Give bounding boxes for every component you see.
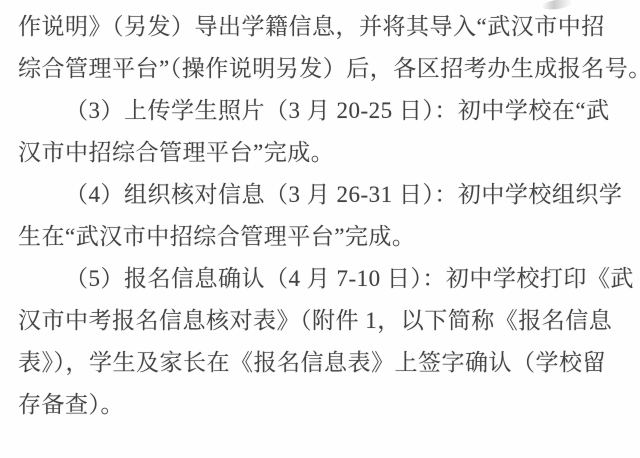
document-line: 生在“武汉市中招综合管理平台”完成。 (18, 216, 624, 258)
document-line: （4）组织核对信息（3 月 26-31 日）：初中学校组织学 (18, 174, 624, 216)
document-page: 作说明》（另发）导出学籍信息，并将其导入“武汉市中招 综合管理平台”（操作说明另… (0, 0, 640, 458)
document-line: 综合管理平台”（操作说明另发）后，各区招考办生成报名号。 (18, 48, 624, 90)
document-line: 表》），学生及家长在《报名信息表》上签字确认（学校留 (18, 342, 624, 384)
document-line: （3）上传学生照片（3 月 20-25 日）：初中学校在“武 (18, 90, 624, 132)
document-line: （5）报名信息确认（4 月 7-10 日）：初中学校打印《武 (18, 258, 624, 300)
document-line: 汉市中招综合管理平台”完成。 (18, 132, 624, 174)
document-line: 作说明》（另发）导出学籍信息，并将其导入“武汉市中招 (18, 6, 624, 48)
document-text-block: 作说明》（另发）导出学籍信息，并将其导入“武汉市中招 综合管理平台”（操作说明另… (18, 6, 624, 426)
document-line: 汉市中考报名信息核对表》（附件 1，以下简称《报名信息 (18, 300, 624, 342)
document-line: 存备查）。 (18, 384, 624, 426)
